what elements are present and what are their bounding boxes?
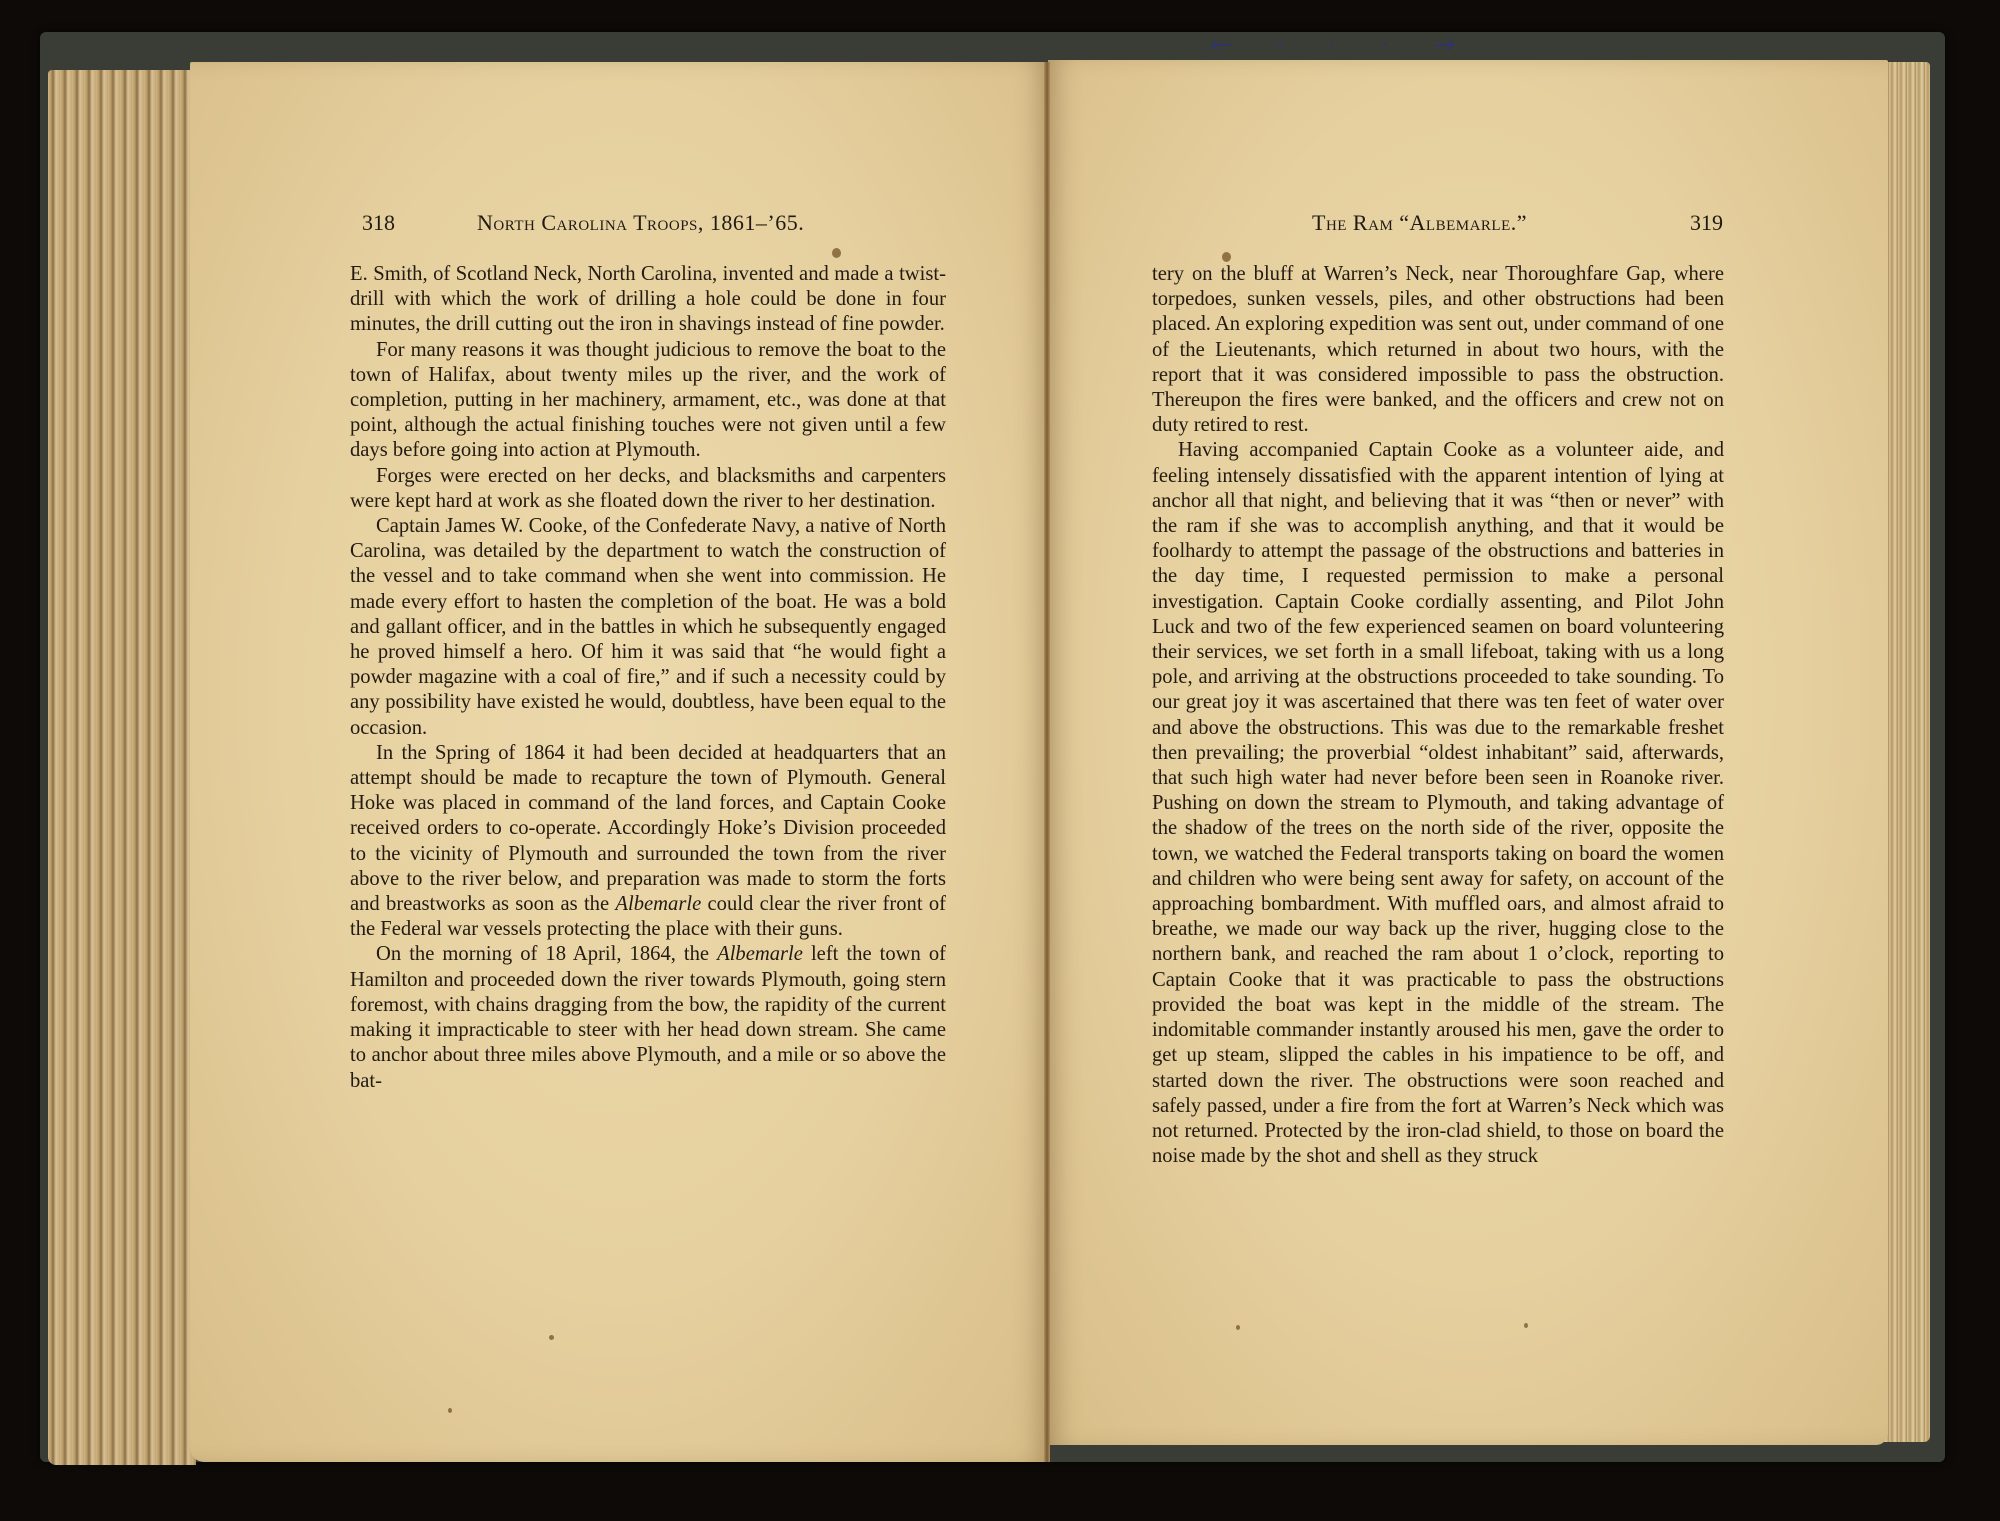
paragraph-text: Forges were erected on her decks, and bl… — [350, 465, 946, 512]
right-page-text: tery on the bluff at Warren’s Neck, near… — [1152, 262, 1724, 1169]
right-running-head: The Ram “Albemarle.” — [1312, 210, 1527, 236]
paragraph-text: Having accompanied Captain Cooke as a vo… — [1152, 439, 1724, 1167]
ship-name: Albemarle — [615, 893, 701, 915]
paragraph-text: In the Spring of 1864 it had been decide… — [350, 742, 946, 915]
paragraph: Having accompanied Captain Cooke as a vo… — [1152, 438, 1724, 1169]
paragraph: On the morning of 18 April, 1864, the Al… — [350, 942, 946, 1093]
paragraph: Captain James W. Cooke, of the Confedera… — [350, 514, 946, 741]
book-gutter — [1044, 62, 1050, 1462]
foxing-spot — [1222, 252, 1231, 262]
paragraph: In the Spring of 1864 it had been decide… — [350, 741, 946, 943]
left-page-number: 318 — [362, 210, 395, 236]
paragraph-text: On the morning of 18 April, 1864, the — [376, 943, 717, 965]
foxing-spot — [832, 248, 841, 258]
paragraph-text: Captain James W. Cooke, of the Confedera… — [350, 515, 946, 739]
paragraph-text: For many reasons it was thought judiciou… — [350, 339, 946, 462]
foxing-spot — [448, 1408, 452, 1413]
foxing-spot — [1236, 1325, 1240, 1330]
paragraph: E. Smith, of Scotland Neck, North Caroli… — [350, 262, 946, 338]
paragraph: For many reasons it was thought judiciou… — [350, 338, 946, 464]
paragraph: tery on the bluff at Warren’s Neck, near… — [1152, 262, 1724, 438]
foxing-spot — [549, 1335, 554, 1340]
page-edges-left — [48, 70, 196, 1465]
left-running-head: North Carolina Troops, 1861–’65. — [477, 210, 804, 236]
foxing-spot — [1524, 1323, 1528, 1328]
left-page-text: E. Smith, of Scotland Neck, North Caroli… — [350, 262, 946, 1094]
paragraph-text: left the town of Hamilton and proceeded … — [350, 943, 946, 1091]
paragraph: Forges were erected on her decks, and bl… — [350, 464, 946, 514]
paragraph-text: tery on the bluff at Warren’s Neck, near… — [1152, 263, 1724, 436]
right-page-number: 319 — [1690, 210, 1723, 236]
pencil-annotation: ← · · · → — [1210, 30, 1473, 60]
ship-name: Albemarle — [717, 943, 803, 965]
paragraph-text: E. Smith, of Scotland Neck, North Caroli… — [350, 263, 946, 335]
